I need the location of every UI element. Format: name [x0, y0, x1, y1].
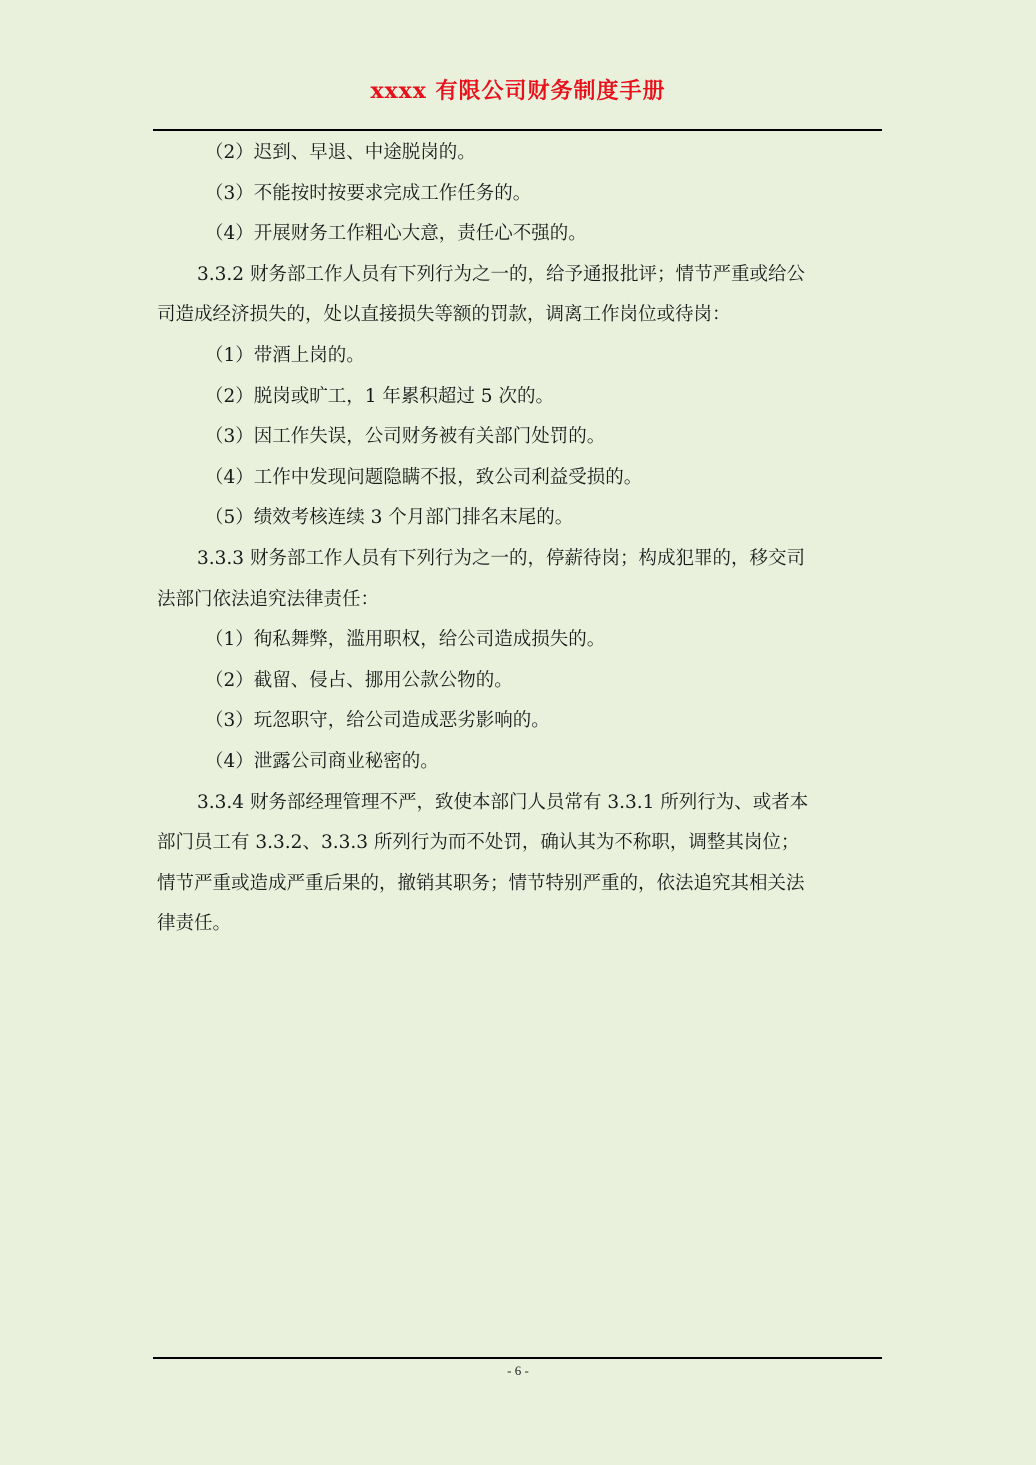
section-3-3-2-paragraph-line: 3.3.2 财务部工作人员有下列行为之一的，给予通报批评；情节严重或给公 — [157, 255, 880, 296]
document-body: （2）迟到、早退、中途脱岗的。 （3）不能按时按要求完成工作任务的。 （4）开展… — [157, 133, 880, 945]
list-item: （3）因工作失误，公司财务被有关部门处罚的。 — [157, 417, 880, 458]
list-item: （4）泄露公司商业秘密的。 — [157, 742, 880, 783]
list-item: （2）迟到、早退、中途脱岗的。 — [157, 133, 880, 174]
list-item: （1）带酒上岗的。 — [157, 336, 880, 377]
section-3-3-4-paragraph-line: 律责任。 — [157, 904, 880, 945]
section-3-3-3-paragraph-line: 法部门依法追究法律责任： — [157, 580, 880, 621]
section-3-3-2-paragraph-line: 司造成经济损失的，处以直接损失等额的罚款，调离工作岗位或待岗： — [157, 295, 880, 336]
document-title: xxxx 有限公司财务制度手册 — [0, 74, 1036, 108]
list-item: （3）不能按时按要求完成工作任务的。 — [157, 174, 880, 215]
list-item: （2）脱岗或旷工，1 年累积超过 5 次的。 — [157, 377, 880, 418]
footer-divider — [153, 1357, 882, 1359]
list-item: （5）绩效考核连续 3 个月部门排名末尾的。 — [157, 498, 880, 539]
page-number: - 6 - — [0, 1362, 1036, 1380]
header-divider — [153, 129, 882, 131]
list-item: （4）开展财务工作粗心大意，责任心不强的。 — [157, 214, 880, 255]
section-3-3-4-paragraph-line: 3.3.4 财务部经理管理不严，致使本部门人员常有 3.3.1 所列行为、或者本 — [157, 783, 880, 824]
list-item: （1）徇私舞弊，滥用职权，给公司造成损失的。 — [157, 620, 880, 661]
section-3-3-4-paragraph-line: 情节严重或造成严重后果的，撤销其职务；情节特别严重的，依法追究其相关法 — [157, 864, 880, 905]
list-item: （4）工作中发现问题隐瞒不报，致公司利益受损的。 — [157, 458, 880, 499]
section-3-3-4-paragraph-line: 部门员工有 3.3.2、3.3.3 所列行为而不处罚，确认其为不称职，调整其岗位… — [157, 823, 880, 864]
section-3-3-3-paragraph-line: 3.3.3 财务部工作人员有下列行为之一的，停薪待岗；构成犯罪的，移交司 — [157, 539, 880, 580]
list-item: （3）玩忽职守，给公司造成恶劣影响的。 — [157, 701, 880, 742]
list-item: （2）截留、侵占、挪用公款公物的。 — [157, 661, 880, 702]
